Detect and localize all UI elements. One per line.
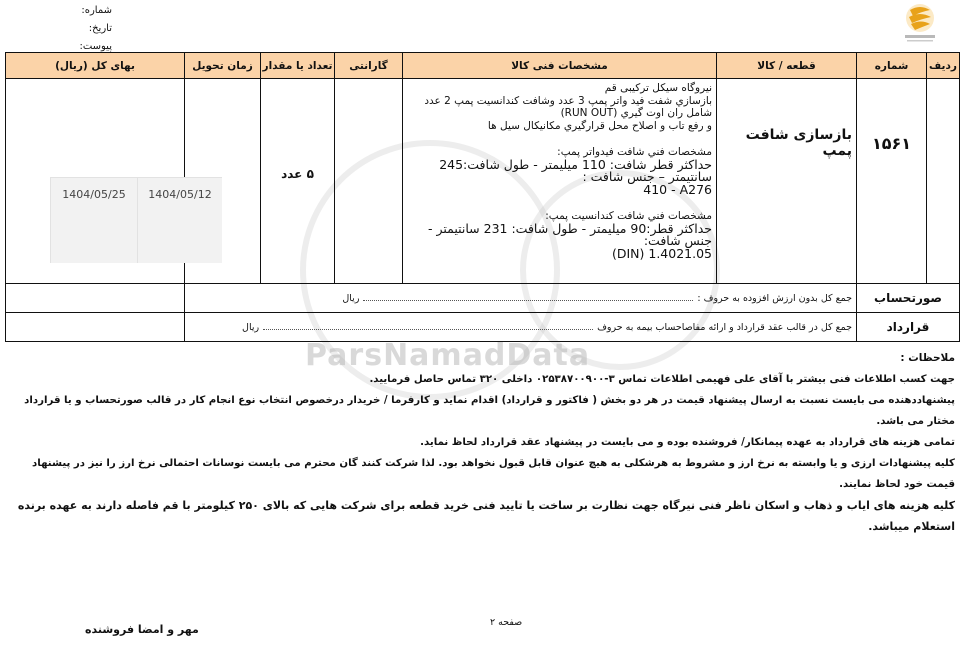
item-name: بازسازی شافت پمپ	[717, 79, 856, 159]
col-header-warranty: گارانتی	[335, 53, 403, 79]
seller-signature-label: مهر و امضا فروشنده	[85, 623, 199, 636]
spec-feed-dimensions: حداكثر قطر شافت: 110 ميليمتر - طول شافت:…	[407, 159, 712, 184]
spec-feed-material: 410 - A276	[407, 184, 712, 197]
col-header-row-number: ردیف	[927, 53, 960, 79]
table-header-row: ردیف شماره قطعه / کالا مشخصات فنی کالا گ…	[6, 53, 960, 79]
currency-unit: ریال	[342, 293, 359, 304]
summary-contract-amount[interactable]	[6, 313, 185, 342]
page-number: صفحه ۲	[490, 617, 522, 628]
company-logo-icon	[895, 2, 945, 46]
notes-title: ملاحظات :	[10, 348, 955, 369]
notes-section: ملاحظات : جهت کسب اطلاعات فنی بیشتر با آ…	[10, 348, 955, 537]
cell-quantity: ۵ عدد	[261, 79, 335, 284]
spec-plant: نیروگاه سیکل ترکیبی قم	[407, 82, 712, 95]
col-header-number: شماره	[857, 53, 927, 79]
item-number: ۱۵۶۱	[857, 79, 926, 153]
cell-row-number	[927, 79, 960, 284]
cell-warranty	[335, 79, 403, 284]
delivery-end-date: 1404/05/25	[50, 177, 137, 263]
summary-label-contract: قرارداد	[857, 313, 960, 342]
summary-invoice-amount[interactable]	[6, 284, 185, 313]
summary-contract-description: جمع کل در قالب عقد قرارداد و ارائه مفاصا…	[597, 322, 852, 333]
amount-in-words-field[interactable]	[263, 324, 593, 330]
note-item: پیشنهاددهنده می بایست نسبت به ارسال پیشن…	[10, 390, 955, 432]
note-item: تمامی هزینه های قرارداد به عهده پیمانکار…	[10, 432, 955, 453]
summary-row-invoice: صورتحساب جمع کل بدون ارزش افزوده به حروف…	[6, 284, 960, 313]
spec-seal-fix: و رفع تاب و اصلاح محل قرارگيري مكانيكال …	[407, 120, 712, 133]
cell-item: بازسازی شافت پمپ	[717, 79, 857, 284]
note-item: کلیه هزینه های ایاب و ذهاب و اسکان ناظر …	[10, 495, 955, 537]
summary-invoice-description: جمع کل بدون ارزش افزوده به حروف :	[697, 293, 852, 304]
meta-number-label: شماره:	[72, 2, 112, 20]
spec-condensate-material: (DIN) 1.4021.05	[407, 248, 712, 261]
document-meta-fields: شماره: تاریخ: پیوست:	[72, 2, 112, 56]
amount-in-words-field[interactable]	[363, 295, 693, 301]
spec-scope: بازسازي شفت فيد واتر پمپ 3 عدد وشافت كند…	[407, 95, 712, 108]
col-header-item: قطعه / کالا	[717, 53, 857, 79]
note-item: کلیه پیشنهادات ارزی و یا وابسته به نرخ ا…	[10, 453, 955, 495]
col-header-specs: مشخصات فنی کالا	[403, 53, 717, 79]
summary-text-invoice: جمع کل بدون ارزش افزوده به حروف :ریال	[185, 284, 857, 313]
note-item: جهت کسب اطلاعات فنی بیشتر با آقای علی فه…	[10, 369, 955, 390]
summary-row-contract: قرارداد جمع کل در قالب عقد قرارداد و ارا…	[6, 313, 960, 342]
cell-number: ۱۵۶۱	[857, 79, 927, 284]
col-header-quantity: تعداد یا مقدار	[261, 53, 335, 79]
meta-date-label: تاریخ:	[72, 20, 112, 38]
spec-condensate-dimensions: حداكثر قطر:90 ميليمتر - طول شافت: 231 سا…	[407, 223, 712, 248]
col-header-total-price: بهای کل (ریال)	[6, 53, 185, 79]
currency-unit: ریال	[242, 322, 259, 333]
spec-runout: شامل ران اوت گيري (RUN OUT)	[407, 107, 712, 120]
summary-text-contract: جمع کل در قالب عقد قرارداد و ارائه مفاصا…	[185, 313, 857, 342]
quantity-value: ۵ عدد	[261, 79, 334, 181]
delivery-start-date: 1404/05/12	[137, 177, 222, 263]
cell-specs: نیروگاه سیکل ترکیبی قم بازسازي شفت فيد و…	[403, 79, 717, 284]
col-header-delivery-time: زمان تحویل	[185, 53, 261, 79]
summary-label-invoice: صورتحساب	[857, 284, 960, 313]
